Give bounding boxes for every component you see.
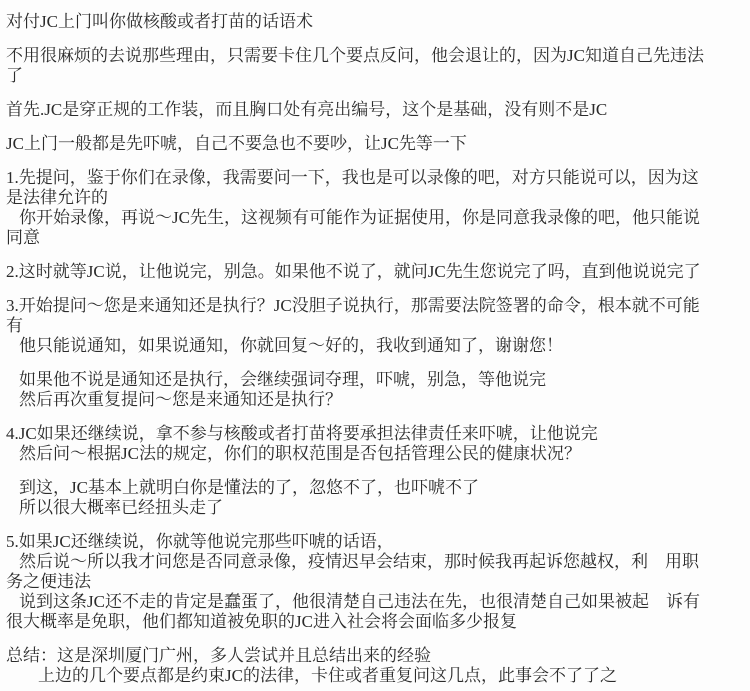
text-line: 所以很大概率已经扭头走了	[6, 498, 746, 518]
text-line: 他只能说通知，如果说通知，你就回复～好的，我收到通知了，谢谢您！	[6, 336, 746, 356]
paragraph: 不用很麻烦的去说那些理由，只需要卡住几个要点反问，他会退让的，因为JC知道自己先…	[6, 46, 746, 86]
text-line: 你开始录像，再说～JC先生，这视频有可能作为证据使用，你是同意我录像的吧，他只能…	[6, 208, 746, 228]
document-page: 对付JC上门叫你做核酸或者打苗的话语术不用很麻烦的去说那些理由，只需要卡住几个要…	[0, 0, 750, 691]
text-line: 2.这时就等JC说，让他说完，别急。如果他不说了，就问JC先生您说完了吗，直到他…	[6, 262, 746, 282]
text-line: 如果他不说是通知还是执行，会继续强词夺理，吓唬，别急，等他说完	[6, 370, 746, 390]
paragraph: 4.JC如果还继续说，拿不参与核酸或者打苗将要承担法律责任来吓唬，让他说完然后问…	[6, 424, 746, 464]
text-line: 务之便违法	[6, 572, 746, 592]
text-line: 说到这条JC还不走的肯定是蠢蛋了，他很清楚自己违法在先，也很清楚自己如果被起 诉…	[6, 592, 746, 612]
paragraph: 如果他不说是通知还是执行，会继续强词夺理，吓唬，别急，等他说完然后再次重复提问～…	[6, 370, 746, 410]
paragraph: 首先.JC是穿正规的工作装，而且胸口处有亮出编号，这个是基础，没有则不是JC	[6, 100, 746, 120]
text-line: 然后再次重复提问～您是来通知还是执行？	[6, 390, 746, 410]
document-text: 对付JC上门叫你做核酸或者打苗的话语术不用很麻烦的去说那些理由，只需要卡住几个要…	[6, 12, 746, 686]
paragraph: 1.先提问，鉴于你们在录像，我需要问一下，我也是可以录像的吧，对方只能说可以，因…	[6, 168, 746, 248]
text-line: 了	[6, 66, 746, 86]
text-line: 对付JC上门叫你做核酸或者打苗的话语术	[6, 12, 746, 32]
text-line: 到这，JC基本上就明白你是懂法的了，忽悠不了，也吓唬不了	[6, 478, 746, 498]
paragraph: 对付JC上门叫你做核酸或者打苗的话语术	[6, 12, 746, 32]
text-line: 然后问～根据JC法的规定，你们的职权范围是否包括管理公民的健康状况？	[6, 444, 746, 464]
text-line: 总结：这是深圳厦门广州，多人尝试并且总结出来的经验	[6, 646, 746, 666]
paragraph: JC上门一般都是先吓唬，自己不要急也不要吵，让JC先等一下	[6, 134, 746, 154]
text-line: 3.开始提问～您是来通知还是执行？JC没胆子说执行，那需要法院签署的命令，根本就…	[6, 296, 746, 316]
paragraph: 2.这时就等JC说，让他说完，别急。如果他不说了，就问JC先生您说完了吗，直到他…	[6, 262, 746, 282]
paragraph: 3.开始提问～您是来通知还是执行？JC没胆子说执行，那需要法院签署的命令，根本就…	[6, 296, 746, 356]
text-line: 1.先提问，鉴于你们在录像，我需要问一下，我也是可以录像的吧，对方只能说可以，因…	[6, 168, 746, 188]
text-line: 同意	[6, 228, 746, 248]
text-line: 然后说～所以我才问您是否同意录像，疫情迟早会结束，那时候我再起诉您越权，利 用职	[6, 552, 746, 572]
paragraph: 5.如果JC还继续说，你就等他说完那些吓唬的话语，然后说～所以我才问您是否同意录…	[6, 532, 746, 632]
text-line: 上边的几个要点都是约束JC的法律，卡住或者重复问这几点，此事会不了了之	[6, 666, 746, 686]
paragraph: 到这，JC基本上就明白你是懂法的了，忽悠不了，也吓唬不了所以很大概率已经扭头走了	[6, 478, 746, 518]
text-line: 4.JC如果还继续说，拿不参与核酸或者打苗将要承担法律责任来吓唬，让他说完	[6, 424, 746, 444]
paragraph: 总结：这是深圳厦门广州，多人尝试并且总结出来的经验上边的几个要点都是约束JC的法…	[6, 646, 746, 686]
text-line: 不用很麻烦的去说那些理由，只需要卡住几个要点反问，他会退让的，因为JC知道自己先…	[6, 46, 746, 66]
text-line: JC上门一般都是先吓唬，自己不要急也不要吵，让JC先等一下	[6, 134, 746, 154]
text-line: 很大概率是免职，他们都知道被免职的JC进入社会将会面临多少报复	[6, 612, 746, 632]
text-line: 5.如果JC还继续说，你就等他说完那些吓唬的话语，	[6, 532, 746, 552]
text-line: 有	[6, 316, 746, 336]
text-line: 首先.JC是穿正规的工作装，而且胸口处有亮出编号，这个是基础，没有则不是JC	[6, 100, 746, 120]
text-line: 是法律允许的	[6, 188, 746, 208]
